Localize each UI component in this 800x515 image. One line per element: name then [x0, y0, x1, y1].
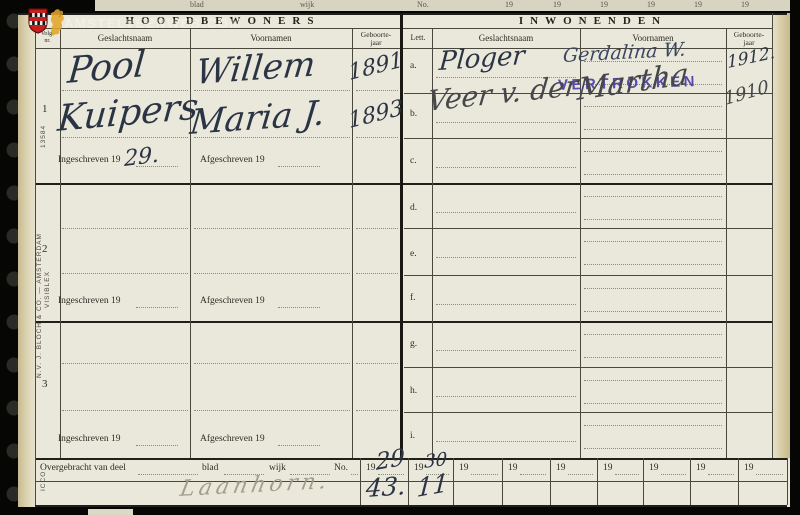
dotted-writing-line	[62, 410, 188, 411]
dotted-writing-line	[356, 410, 398, 411]
dotted-writing-line	[436, 350, 576, 351]
left-year-column-line	[352, 28, 353, 458]
dotted-leader	[615, 474, 639, 475]
left-voornamen-header: Voornamen	[190, 33, 352, 43]
footer-cell-line	[690, 458, 691, 505]
footer-divider-line	[35, 481, 787, 482]
dotted-writing-line	[356, 363, 398, 364]
page-left-edge	[18, 13, 35, 507]
dotted-leader	[278, 445, 320, 446]
left-geslachtsnaam-header: Geslachtsnaam	[60, 33, 190, 43]
ingeschreven-label: Ingeschreven 19	[58, 155, 121, 165]
row-separator	[404, 138, 772, 139]
dotted-writing-line	[62, 273, 188, 274]
dotted-writing-line	[356, 228, 398, 229]
dotted-leader	[138, 474, 198, 475]
lett-header: Lett.	[404, 33, 432, 42]
handwritten-firstname: Willem	[194, 44, 317, 93]
dotted-writing-line	[584, 174, 722, 175]
handwritten-street-name: Laanhorn.	[178, 469, 333, 502]
dotted-writing-line	[584, 448, 722, 449]
footer-cell-line	[502, 458, 503, 505]
sliver-year: 19	[600, 0, 608, 9]
sliver-word-blad: blad	[190, 0, 204, 9]
sliver-year: 19	[553, 0, 561, 9]
dotted-writing-line	[194, 363, 350, 364]
lett-row-label: h.	[410, 386, 417, 396]
dotted-writing-line	[436, 167, 576, 168]
group1-bottom-line	[35, 183, 772, 185]
dotted-writing-line	[436, 396, 576, 397]
sliver-year: 19	[505, 0, 513, 9]
dotted-leader	[136, 307, 178, 308]
dotted-writing-line	[584, 219, 722, 220]
footer-cell-line	[408, 458, 409, 505]
lett-row-label: e.	[410, 249, 417, 259]
sliver-word-wijk: wijk	[300, 0, 314, 9]
amstelveen-shield-icon	[28, 8, 48, 34]
page-right-edge	[772, 13, 790, 458]
row-separator	[404, 412, 772, 413]
dotted-writing-line	[356, 273, 398, 274]
dotted-leader	[136, 445, 178, 446]
footer-cell-line	[550, 458, 551, 505]
year-cell-prefix: 19	[649, 463, 659, 473]
handwritten-ingeschreven-year: 29.	[124, 142, 159, 172]
dotted-writing-line	[584, 380, 722, 381]
year-cell-prefix: 19	[556, 463, 566, 473]
year-cell-prefix: 19	[744, 463, 754, 473]
next-page-sliver	[88, 509, 133, 515]
dotted-writing-line	[584, 129, 722, 130]
handwritten-surname: Ploger	[438, 41, 526, 77]
sliver-year: 19	[647, 0, 655, 9]
previous-page-sliver: blad wijk No. 19 19 19 19 19 19	[95, 0, 790, 11]
year-cell-prefix: 19	[508, 463, 518, 473]
dotted-writing-line	[436, 212, 576, 213]
dotted-leader	[471, 474, 498, 475]
dotted-leader	[756, 474, 783, 475]
dotted-writing-line	[584, 403, 722, 404]
footer-cell-line	[360, 458, 361, 505]
dotted-writing-line	[194, 410, 350, 411]
row-separator	[404, 275, 772, 276]
dotted-writing-line	[62, 363, 188, 364]
year-cell-prefix: 19	[366, 463, 376, 473]
dotted-writing-line	[584, 311, 722, 312]
dotted-writing-line	[194, 228, 350, 229]
ingeschreven-label: Ingeschreven 19	[58, 296, 121, 306]
dotted-writing-line	[584, 334, 722, 335]
row-separator	[404, 228, 772, 229]
register-sheet: 13584 VISIBLEX N.V. J. BLOCH & CO. — AMS…	[18, 13, 790, 507]
footer-cell-line	[738, 458, 739, 505]
inwonenden-title: INWONENDEN	[448, 15, 738, 27]
ingeschreven-label: Ingeschreven 19	[58, 434, 121, 444]
footer-right-border	[787, 458, 788, 505]
dotted-writing-line	[584, 264, 722, 265]
year-cell-prefix: 19	[459, 463, 469, 473]
lett-row-label: a.	[410, 61, 417, 71]
dotted-writing-line	[584, 357, 722, 358]
afgeschreven-label: Afgeschreven 19	[200, 296, 265, 306]
handwritten-birthyear: 1893	[347, 95, 404, 134]
handwritten-birthyear: 1910	[723, 76, 770, 110]
dotted-leader	[568, 474, 593, 475]
afgeschreven-label: Afgeschreven 19	[200, 155, 265, 165]
dotted-leader	[661, 474, 686, 475]
page-bottom-border	[35, 505, 787, 507]
dotted-leader	[708, 474, 734, 475]
lett-row-label: c.	[410, 156, 417, 166]
footer-cell-line	[597, 458, 598, 505]
group-number: 3	[42, 378, 48, 390]
group2-bottom-line	[35, 321, 772, 323]
dotted-writing-line	[584, 151, 722, 152]
lett-row-label: d.	[410, 203, 417, 213]
sliver-year: 19	[694, 0, 702, 9]
blad-label: blad	[202, 463, 218, 473]
dotted-writing-line	[194, 273, 350, 274]
volgnr-column-line	[60, 28, 61, 458]
handwritten-birthyear: 1891	[347, 47, 404, 86]
dotted-writing-line	[584, 241, 722, 242]
table-left-border	[35, 13, 36, 505]
register-page-scan: blad wijk No. 19 19 19 19 19 19 13584 VI…	[0, 0, 800, 515]
footer-cell-line	[643, 458, 644, 505]
sliver-word-no: No.	[417, 0, 429, 9]
no-label: No.	[334, 463, 348, 473]
handwritten-count: 43.	[365, 471, 407, 503]
group-number: 1	[42, 103, 48, 115]
dotted-writing-line	[436, 441, 576, 442]
dotted-writing-line	[356, 90, 398, 91]
dotted-leader	[278, 307, 320, 308]
group-number: 2	[42, 243, 48, 255]
dotted-writing-line	[584, 425, 722, 426]
year-cell-prefix: 19	[603, 463, 613, 473]
handwritten-surname: Kuipers	[56, 86, 200, 140]
handwritten-firstname: Maria J.	[188, 93, 327, 143]
afgeschreven-label: Afgeschreven 19	[200, 434, 265, 444]
table-bottom-line	[35, 458, 787, 460]
dotted-writing-line	[436, 257, 576, 258]
handwritten-surname: Pool	[66, 44, 147, 92]
dotted-writing-line	[436, 122, 576, 123]
dotted-leader	[278, 166, 320, 167]
dotted-writing-line	[436, 304, 576, 305]
dotted-writing-line	[584, 288, 722, 289]
lett-row-label: i.	[410, 431, 415, 441]
table-right-border	[772, 13, 773, 458]
lett-row-label: b.	[410, 109, 417, 119]
dotted-writing-line	[62, 228, 188, 229]
site-watermark: AMSTELVEENWEB.COM	[64, 16, 242, 31]
lett-row-label: f.	[410, 293, 416, 303]
section-divider-line	[400, 13, 403, 458]
binding-coils	[0, 0, 18, 515]
dotted-leader	[520, 474, 546, 475]
row-separator	[404, 367, 772, 368]
volgnr-header-line2: nr.	[35, 38, 60, 44]
lett-row-label: g.	[410, 339, 417, 349]
year-cell-prefix: 19	[696, 463, 706, 473]
dotted-leader	[351, 474, 358, 475]
dotted-writing-line	[356, 137, 398, 138]
dotted-writing-line	[584, 106, 722, 107]
handwritten-count: 11	[416, 468, 449, 503]
footer-cell-line	[453, 458, 454, 505]
dotted-writing-line	[584, 196, 722, 197]
left-geboortejaar-header-line2: jaar	[352, 39, 400, 47]
overgebracht-label: Overgebracht van deel	[40, 463, 126, 473]
sliver-year: 19	[741, 0, 749, 9]
